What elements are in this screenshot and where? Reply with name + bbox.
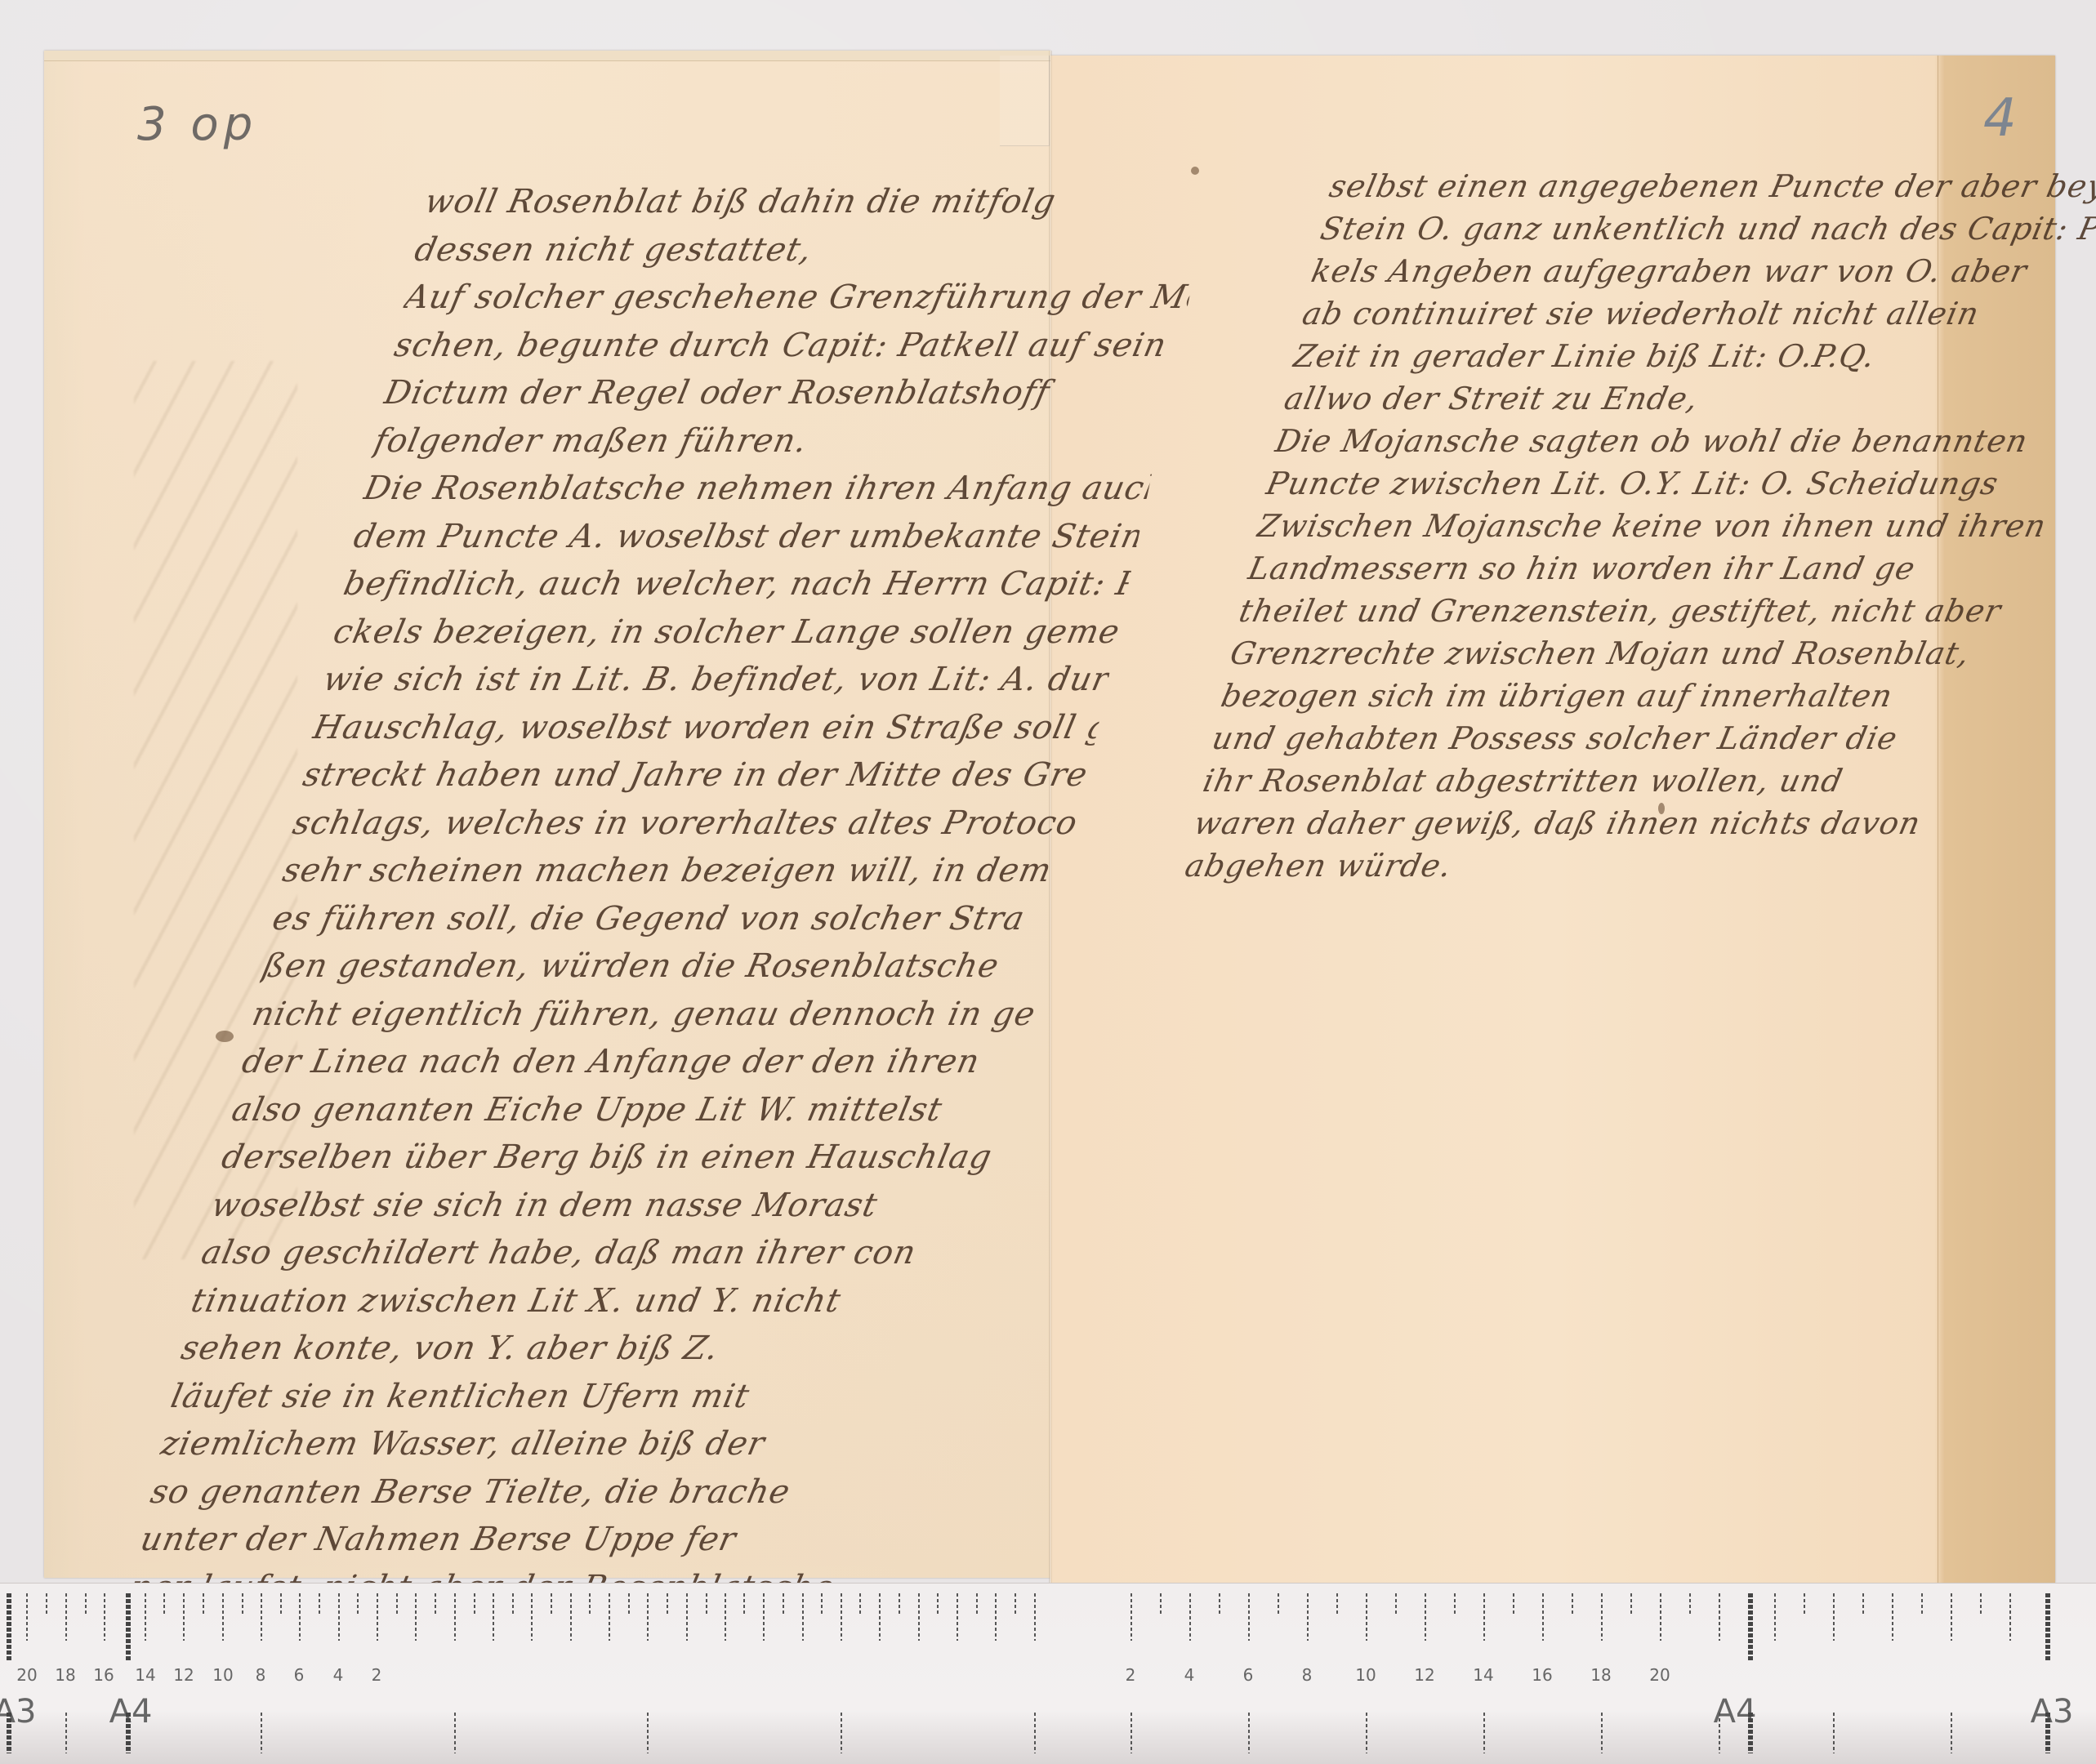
ruler-number: 14 bbox=[1473, 1665, 1493, 1685]
ruler-tick bbox=[841, 1713, 842, 1753]
ruler-tick bbox=[396, 1593, 398, 1615]
text-line: Dictum der Regel oder Rosenblatshoff bbox=[380, 369, 1174, 417]
ruler-tick bbox=[763, 1593, 765, 1641]
text-line: wie sich ist in Lit. B. befindet, von Li… bbox=[319, 656, 1113, 704]
ruler-tick bbox=[1483, 1593, 1485, 1641]
ruler-number: 14 bbox=[135, 1665, 155, 1685]
ruler-tick bbox=[937, 1593, 939, 1615]
ruler-number: 4 bbox=[333, 1665, 344, 1685]
ruler-number: 16 bbox=[1532, 1665, 1552, 1685]
text-line: ßen gestanden, würden die Rosenblatsche bbox=[258, 942, 1052, 991]
ruler-tick bbox=[1774, 1593, 1776, 1641]
text-line: derselben über Berg biß in einen Hauschl… bbox=[217, 1134, 1011, 1182]
ruler-tick bbox=[46, 1593, 47, 1615]
text-line: schlags, welches in vorerhaltes altes Pr… bbox=[288, 800, 1082, 848]
ruler-tick bbox=[1248, 1593, 1250, 1641]
ruler-tick bbox=[415, 1593, 417, 1641]
text-line: Zeit in gerader Linie biß Lit: O.P.Q. bbox=[1290, 335, 2083, 377]
ruler-tick bbox=[918, 1593, 920, 1641]
ruler-a3-mark bbox=[2045, 1713, 2050, 1753]
ruler-tick bbox=[859, 1593, 861, 1615]
text-line: theilet und Grenzenstein, gestiftet, nic… bbox=[1235, 590, 2028, 632]
ruler-tick bbox=[1366, 1713, 1367, 1753]
ruler-tick bbox=[1601, 1593, 1603, 1641]
ruler-tick bbox=[706, 1593, 707, 1615]
text-line: waren daher gewiß, daß ihnen nichts davo… bbox=[1190, 802, 1983, 844]
text-line: ckels bezeigen, in solcher Lange sollen … bbox=[329, 608, 1123, 657]
ruler-tick bbox=[145, 1593, 146, 1641]
ruler-tick bbox=[647, 1593, 649, 1641]
ruler-tick bbox=[512, 1593, 514, 1615]
ruler-tick bbox=[1336, 1593, 1338, 1615]
ruler-tick bbox=[1719, 1713, 1720, 1753]
ruler-number: 8 bbox=[1302, 1665, 1313, 1685]
ruler-tick bbox=[1278, 1593, 1279, 1615]
ruler-tick bbox=[26, 1593, 28, 1641]
text-line: also genanten Eiche Uppe Lit W. mittelst bbox=[227, 1086, 1021, 1134]
text-line: unter der Nahmen Berse Uppe fer bbox=[136, 1516, 930, 1564]
ruler-tick bbox=[1483, 1713, 1485, 1753]
ruler-tick bbox=[1921, 1593, 1923, 1615]
ruler-tick bbox=[531, 1593, 533, 1641]
ruler-number: 6 bbox=[294, 1665, 305, 1685]
ruler-a4-mark bbox=[1748, 1593, 1753, 1662]
ruler-tick bbox=[783, 1593, 784, 1615]
ruler-number: 12 bbox=[173, 1665, 194, 1685]
ruler-tick bbox=[1131, 1713, 1132, 1753]
text-line: Grenzrechte zwischen Mojan und Rosenblat… bbox=[1226, 632, 2019, 675]
text-line: Hauschlag, woselbst worden ein Straße so… bbox=[309, 704, 1103, 752]
text-line: läufet sie in kentlichen Ufern mit bbox=[167, 1373, 961, 1421]
ruler-tick bbox=[1395, 1593, 1397, 1615]
text-line: dessen nicht gestattet, bbox=[410, 226, 1204, 274]
ruler-tick bbox=[454, 1713, 456, 1753]
text-line: Puncte zwischen Lit. O.Y. Lit: O. Scheid… bbox=[1263, 462, 2056, 505]
ruler-tick bbox=[609, 1593, 610, 1641]
ruler-tick bbox=[1513, 1593, 1514, 1615]
measurement-ruler: 20 18 16 14 12 10 8 6 4 2 2 4 6 8 10 12 … bbox=[0, 1583, 2096, 1764]
text-line: bezogen sich im übrigen auf innerhalten bbox=[1217, 675, 2010, 717]
ruler-number: 20 bbox=[1649, 1665, 1670, 1685]
ruler-tick bbox=[183, 1593, 185, 1641]
ruler-tick bbox=[493, 1593, 494, 1641]
ruler-tick bbox=[995, 1593, 997, 1641]
ruler-tick bbox=[377, 1593, 378, 1641]
text-line: folgender maßen führen. bbox=[370, 417, 1164, 465]
ruler-tick bbox=[551, 1593, 552, 1615]
ruler-tick bbox=[435, 1593, 436, 1615]
ruler-tick bbox=[203, 1593, 204, 1615]
ruler-tick bbox=[261, 1713, 262, 1753]
text-line: ziemlichem Wasser, alleine biß der bbox=[156, 1420, 950, 1468]
folio-mark-left: 3 op bbox=[137, 98, 257, 151]
ruler-tick bbox=[1034, 1593, 1036, 1641]
ruler-tick bbox=[725, 1593, 726, 1641]
ruler-tick bbox=[1219, 1593, 1220, 1615]
ruler-tick bbox=[65, 1593, 67, 1641]
text-line: befindlich, auch welcher, nach Herrn Cap… bbox=[339, 560, 1133, 608]
text-line: sehr scheinen machen bezeigen will, in d… bbox=[279, 847, 1073, 895]
text-line: Auf solcher geschehene Grenzführung der … bbox=[400, 274, 1194, 322]
ruler-a3-mark bbox=[7, 1713, 11, 1753]
ink-blot bbox=[216, 1031, 234, 1042]
ruler-tick bbox=[474, 1593, 475, 1615]
text-line: Stein O. ganz unkentlich und nach des Ca… bbox=[1317, 207, 2096, 250]
ruler-tick bbox=[1862, 1593, 1864, 1615]
ruler-tick bbox=[454, 1593, 456, 1641]
ruler-tick bbox=[570, 1593, 572, 1641]
ruler-a4-mark bbox=[126, 1713, 131, 1753]
ruler-tick bbox=[85, 1593, 87, 1615]
ruler-tick bbox=[1454, 1593, 1456, 1615]
ruler-tick bbox=[667, 1593, 668, 1615]
ruler-tick bbox=[628, 1593, 630, 1615]
text-line: schen, begunte durch Capit: Patkell auf … bbox=[390, 322, 1184, 370]
ruler-tick bbox=[1601, 1713, 1603, 1753]
ruler-number: 2 bbox=[1126, 1665, 1136, 1685]
ruler-tick bbox=[357, 1593, 359, 1615]
text-line: also geschildert habe, daß man ihrer con bbox=[197, 1229, 991, 1277]
ruler-tick bbox=[1980, 1593, 1982, 1615]
ruler-number: 10 bbox=[212, 1665, 233, 1685]
ruler-tick bbox=[319, 1593, 320, 1615]
ruler-size-label: A3 bbox=[2031, 1693, 2074, 1731]
ruler-tick bbox=[743, 1593, 745, 1615]
text-line: kels Angeben aufgegraben war von O. aber bbox=[1308, 250, 2096, 292]
ruler-number: 4 bbox=[1184, 1665, 1195, 1685]
ruler-tick bbox=[841, 1593, 842, 1641]
ruler-number: 18 bbox=[1590, 1665, 1611, 1685]
ruler-number: 10 bbox=[1355, 1665, 1376, 1685]
ruler-tick bbox=[1366, 1593, 1367, 1641]
ruler-tick bbox=[1034, 1713, 1036, 1753]
ruler-number: 8 bbox=[256, 1665, 266, 1685]
ruler-tick bbox=[1131, 1593, 1132, 1641]
ruler-size-label: A4 bbox=[109, 1693, 153, 1731]
text-line: selbst einen angegebenen Puncte der aber… bbox=[1326, 165, 2096, 207]
repair-tape bbox=[1000, 56, 1050, 146]
text-line: so genanten Berse Tielte, die brache bbox=[146, 1468, 940, 1517]
ruler-tick bbox=[1542, 1593, 1544, 1641]
text-line: woll Rosenblat biß dahin die mitfolg bbox=[421, 178, 1215, 226]
ruler-tick bbox=[976, 1593, 978, 1615]
ruler-tick bbox=[879, 1593, 881, 1641]
text-line: Zwischen Mojansche keine von ihnen und i… bbox=[1253, 505, 2046, 547]
folio-mark-right: 4 bbox=[1983, 88, 2017, 149]
text-line: streckt haben und Jahre in der Mitte des… bbox=[299, 751, 1093, 800]
ruler-tick bbox=[1660, 1593, 1661, 1641]
ruler-tick bbox=[821, 1593, 823, 1615]
ruler-tick bbox=[242, 1593, 243, 1615]
text-line: der Linea nach den Anfange der den ihren bbox=[238, 1038, 1032, 1086]
ruler-a4-mark bbox=[126, 1593, 131, 1662]
ruler-tick bbox=[1892, 1593, 1893, 1641]
ruler-tick bbox=[104, 1593, 105, 1641]
ruler-tick bbox=[1425, 1593, 1426, 1641]
ruler-tick bbox=[1160, 1593, 1162, 1615]
text-line: sehen konte, von Y. aber biß Z. bbox=[176, 1325, 970, 1373]
ruler-tick bbox=[647, 1713, 649, 1753]
text-line: Die Mojansche sagten ob wohl die benannt… bbox=[1272, 420, 2065, 462]
ruler-tick bbox=[1189, 1593, 1191, 1641]
ruler-tick bbox=[1833, 1713, 1835, 1753]
ruler-tick bbox=[222, 1593, 224, 1641]
ruler-tick bbox=[2009, 1593, 2011, 1641]
ruler-tick bbox=[1248, 1713, 1250, 1753]
ruler-tick bbox=[1689, 1593, 1691, 1615]
ruler-a3-mark bbox=[7, 1593, 11, 1662]
ruler-tick bbox=[280, 1593, 282, 1615]
ruler-number: 6 bbox=[1243, 1665, 1254, 1685]
ruler-tick bbox=[802, 1593, 804, 1641]
text-line: Landmessern so hin worden ihr Land ge bbox=[1244, 547, 2037, 590]
text-line: ab continuiret sie wiederholt nicht alle… bbox=[1299, 292, 2092, 335]
text-line: allwo der Streit zu Ende, bbox=[1281, 377, 2074, 420]
text-line: tinuation zwischen Lit X. und Y. nicht bbox=[187, 1277, 981, 1325]
text-line: dem Puncte A. woselbst der umbekante Ste… bbox=[350, 513, 1144, 561]
text-line: Die Rosenblatsche nehmen ihren Anfang au… bbox=[359, 465, 1153, 513]
ruler-tick bbox=[1307, 1593, 1309, 1641]
ruler-tick bbox=[1719, 1593, 1720, 1641]
ruler-tick bbox=[163, 1593, 165, 1615]
ruler-number: 18 bbox=[55, 1665, 75, 1685]
ruler-number: 12 bbox=[1414, 1665, 1434, 1685]
ruler-tick bbox=[589, 1593, 591, 1615]
text-line: abgehen würde. bbox=[1181, 844, 1974, 887]
ruler-tick bbox=[338, 1593, 340, 1641]
ruler-tick bbox=[899, 1593, 900, 1615]
ruler-tick bbox=[1951, 1593, 1952, 1641]
ruler-tick bbox=[261, 1593, 262, 1641]
ruler-a4-mark bbox=[1748, 1713, 1753, 1753]
ink-blot bbox=[1191, 167, 1199, 175]
ruler-tick bbox=[1572, 1593, 1573, 1615]
text-line: es führen soll, die Gegend von solcher S… bbox=[268, 895, 1062, 943]
ruler-number: 20 bbox=[16, 1665, 37, 1685]
text-line: ihr Rosenblat abgestritten wollen, und bbox=[1199, 759, 1992, 802]
ruler-tick bbox=[1833, 1593, 1835, 1641]
text-line: nicht eigentlich führen, genau dennoch i… bbox=[248, 991, 1041, 1039]
text-line: und gehabten Possess solcher Länder die bbox=[1208, 717, 2001, 759]
ruler-tick bbox=[686, 1593, 688, 1641]
ruler-tick bbox=[1951, 1713, 1952, 1753]
ruler-tick bbox=[957, 1593, 958, 1641]
ruler-size-label: A3 bbox=[0, 1693, 36, 1731]
ruler-number: 16 bbox=[93, 1665, 114, 1685]
ruler-a3-mark bbox=[2045, 1593, 2050, 1662]
right-page-text: selbst einen angegebenen Puncte der aber… bbox=[1181, 165, 2096, 887]
ruler-tick bbox=[1630, 1593, 1632, 1615]
ruler-tick bbox=[1015, 1593, 1016, 1615]
ruler-tick bbox=[299, 1593, 301, 1641]
text-line: woselbst sie sich in dem nasse Morast bbox=[207, 1182, 1001, 1230]
ruler-tick bbox=[1804, 1593, 1805, 1615]
ruler-number: 2 bbox=[372, 1665, 382, 1685]
ruler-tick bbox=[65, 1713, 67, 1753]
